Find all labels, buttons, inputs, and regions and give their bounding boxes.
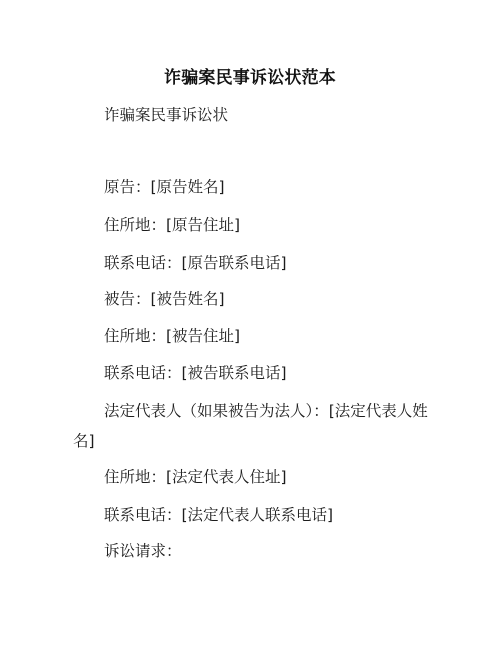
plaintiff-name-line: 原告：[原告姓名]	[73, 172, 428, 202]
plaintiff-phone-line: 联系电话：[原告联系电话]	[73, 248, 428, 278]
plaintiff-address-line: 住所地：[原告住址]	[73, 210, 428, 240]
defendant-name-line: 被告：[被告姓名]	[73, 284, 428, 314]
document-page: 诈骗案民事诉讼状范本 诈骗案民事诉讼状 原告：[原告姓名] 住所地：[原告住址]…	[0, 0, 500, 647]
defendant-phone-line: 联系电话：[被告联系电话]	[73, 358, 428, 388]
legal-representative-name-line: 法定代表人（如果被告为法人）：[法定代表人姓名]	[73, 396, 428, 456]
document-title: 诈骗案民事诉讼状范本	[0, 63, 500, 88]
legal-representative-phone-line: 联系电话：[法定代表人联系电话]	[73, 500, 428, 530]
defendant-address-line: 住所地：[被告住址]	[73, 321, 428, 351]
litigation-claims-heading: 诉讼请求：	[73, 536, 428, 566]
document-subtitle: 诈骗案民事诉讼状	[73, 100, 428, 130]
legal-representative-address-line: 住所地：[法定代表人住址]	[73, 462, 428, 492]
